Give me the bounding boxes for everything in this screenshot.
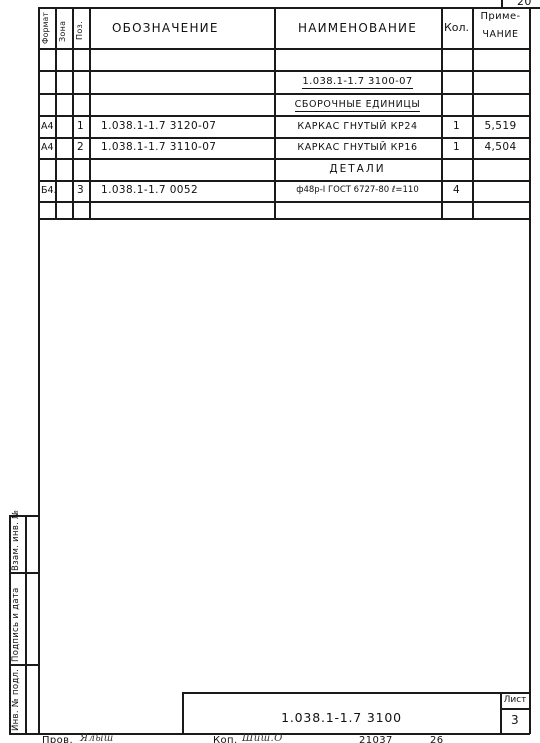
cell-name: 1.038.1-1.7 3100-07 [274,75,441,88]
stamp-inv-orig: Инв. № подл. [11,669,21,731]
row-line [39,70,530,72]
checked-signature: Ялыш [80,733,114,743]
cell-pos: 1 [72,120,89,133]
stamp-replace-inv: Взам. инв. № [11,510,21,571]
cell-note: 4,504 [472,141,529,154]
table-top-border-right [501,7,540,9]
cell-name: Сборочные единицы [274,98,441,111]
row-line [39,218,530,220]
cell-designation: 1.038.1-1.7 0052 [101,184,198,197]
title-block-top [183,692,530,694]
cell-pos: 3 [72,184,89,197]
row-line [39,137,530,139]
cell-name: ф48р-I ГОСТ 6727-80 ℓ=110 [274,184,441,197]
checked-label: Пров. [42,735,73,743]
underlined-text: Сборочные единицы [295,99,421,112]
row-line [39,158,530,160]
page-fragment: 26 [430,735,444,743]
cell-pos: 2 [72,141,89,154]
stamp-divider [25,515,27,734]
corner-divider [501,0,503,7]
copied-label: Коп. [213,735,238,743]
table-top-border [39,7,502,9]
row-line [39,180,530,182]
stamp-line [9,572,39,574]
cell-format: А4 [41,120,54,133]
order-number: 21037 [359,735,393,743]
cell-format: А4 [41,141,54,154]
cell-name: Каркас гнутый КР24 [274,120,441,133]
cell-format: Б4. [41,184,57,197]
cell-qty: 1 [441,141,472,154]
col-line [89,7,91,219]
cell-qty: 4 [441,184,472,197]
header-note-1: Приме- [472,11,529,22]
header-note-2: чание [472,29,529,40]
header-zone: Зона [58,21,67,42]
header-designation: Обозначение [112,21,219,35]
row-line [39,93,530,95]
cell-note: 5,519 [472,120,529,133]
header-qty: Кол. [441,21,472,34]
cell-qty: 1 [441,120,472,133]
sheet-label: Лист [500,695,530,705]
header-name: Наименование [274,21,441,35]
row-line [39,201,530,203]
cell-name: Каркас гнутый КР16 [274,141,441,154]
cell-name: Детали [274,163,441,176]
stamp-sign-date: Подпись и дата [11,587,21,662]
cell-designation: 1.038.1-1.7 3120-07 [101,120,216,133]
stamp-line [9,664,39,666]
copied-signature: Шиш.О [242,733,283,743]
sheet-cell-line [500,708,530,710]
cell-designation: 1.038.1-1.7 3110-07 [101,141,216,154]
underlined-text: 1.038.1-1.7 3100-07 [302,76,412,89]
header-position: Поз. [75,21,84,40]
title-designation: 1.038.1-1.7 3100 [183,710,500,725]
sheet-number: 3 [500,713,530,727]
row-line [39,48,530,50]
row-line [39,115,530,117]
header-format: Формат [41,12,50,44]
